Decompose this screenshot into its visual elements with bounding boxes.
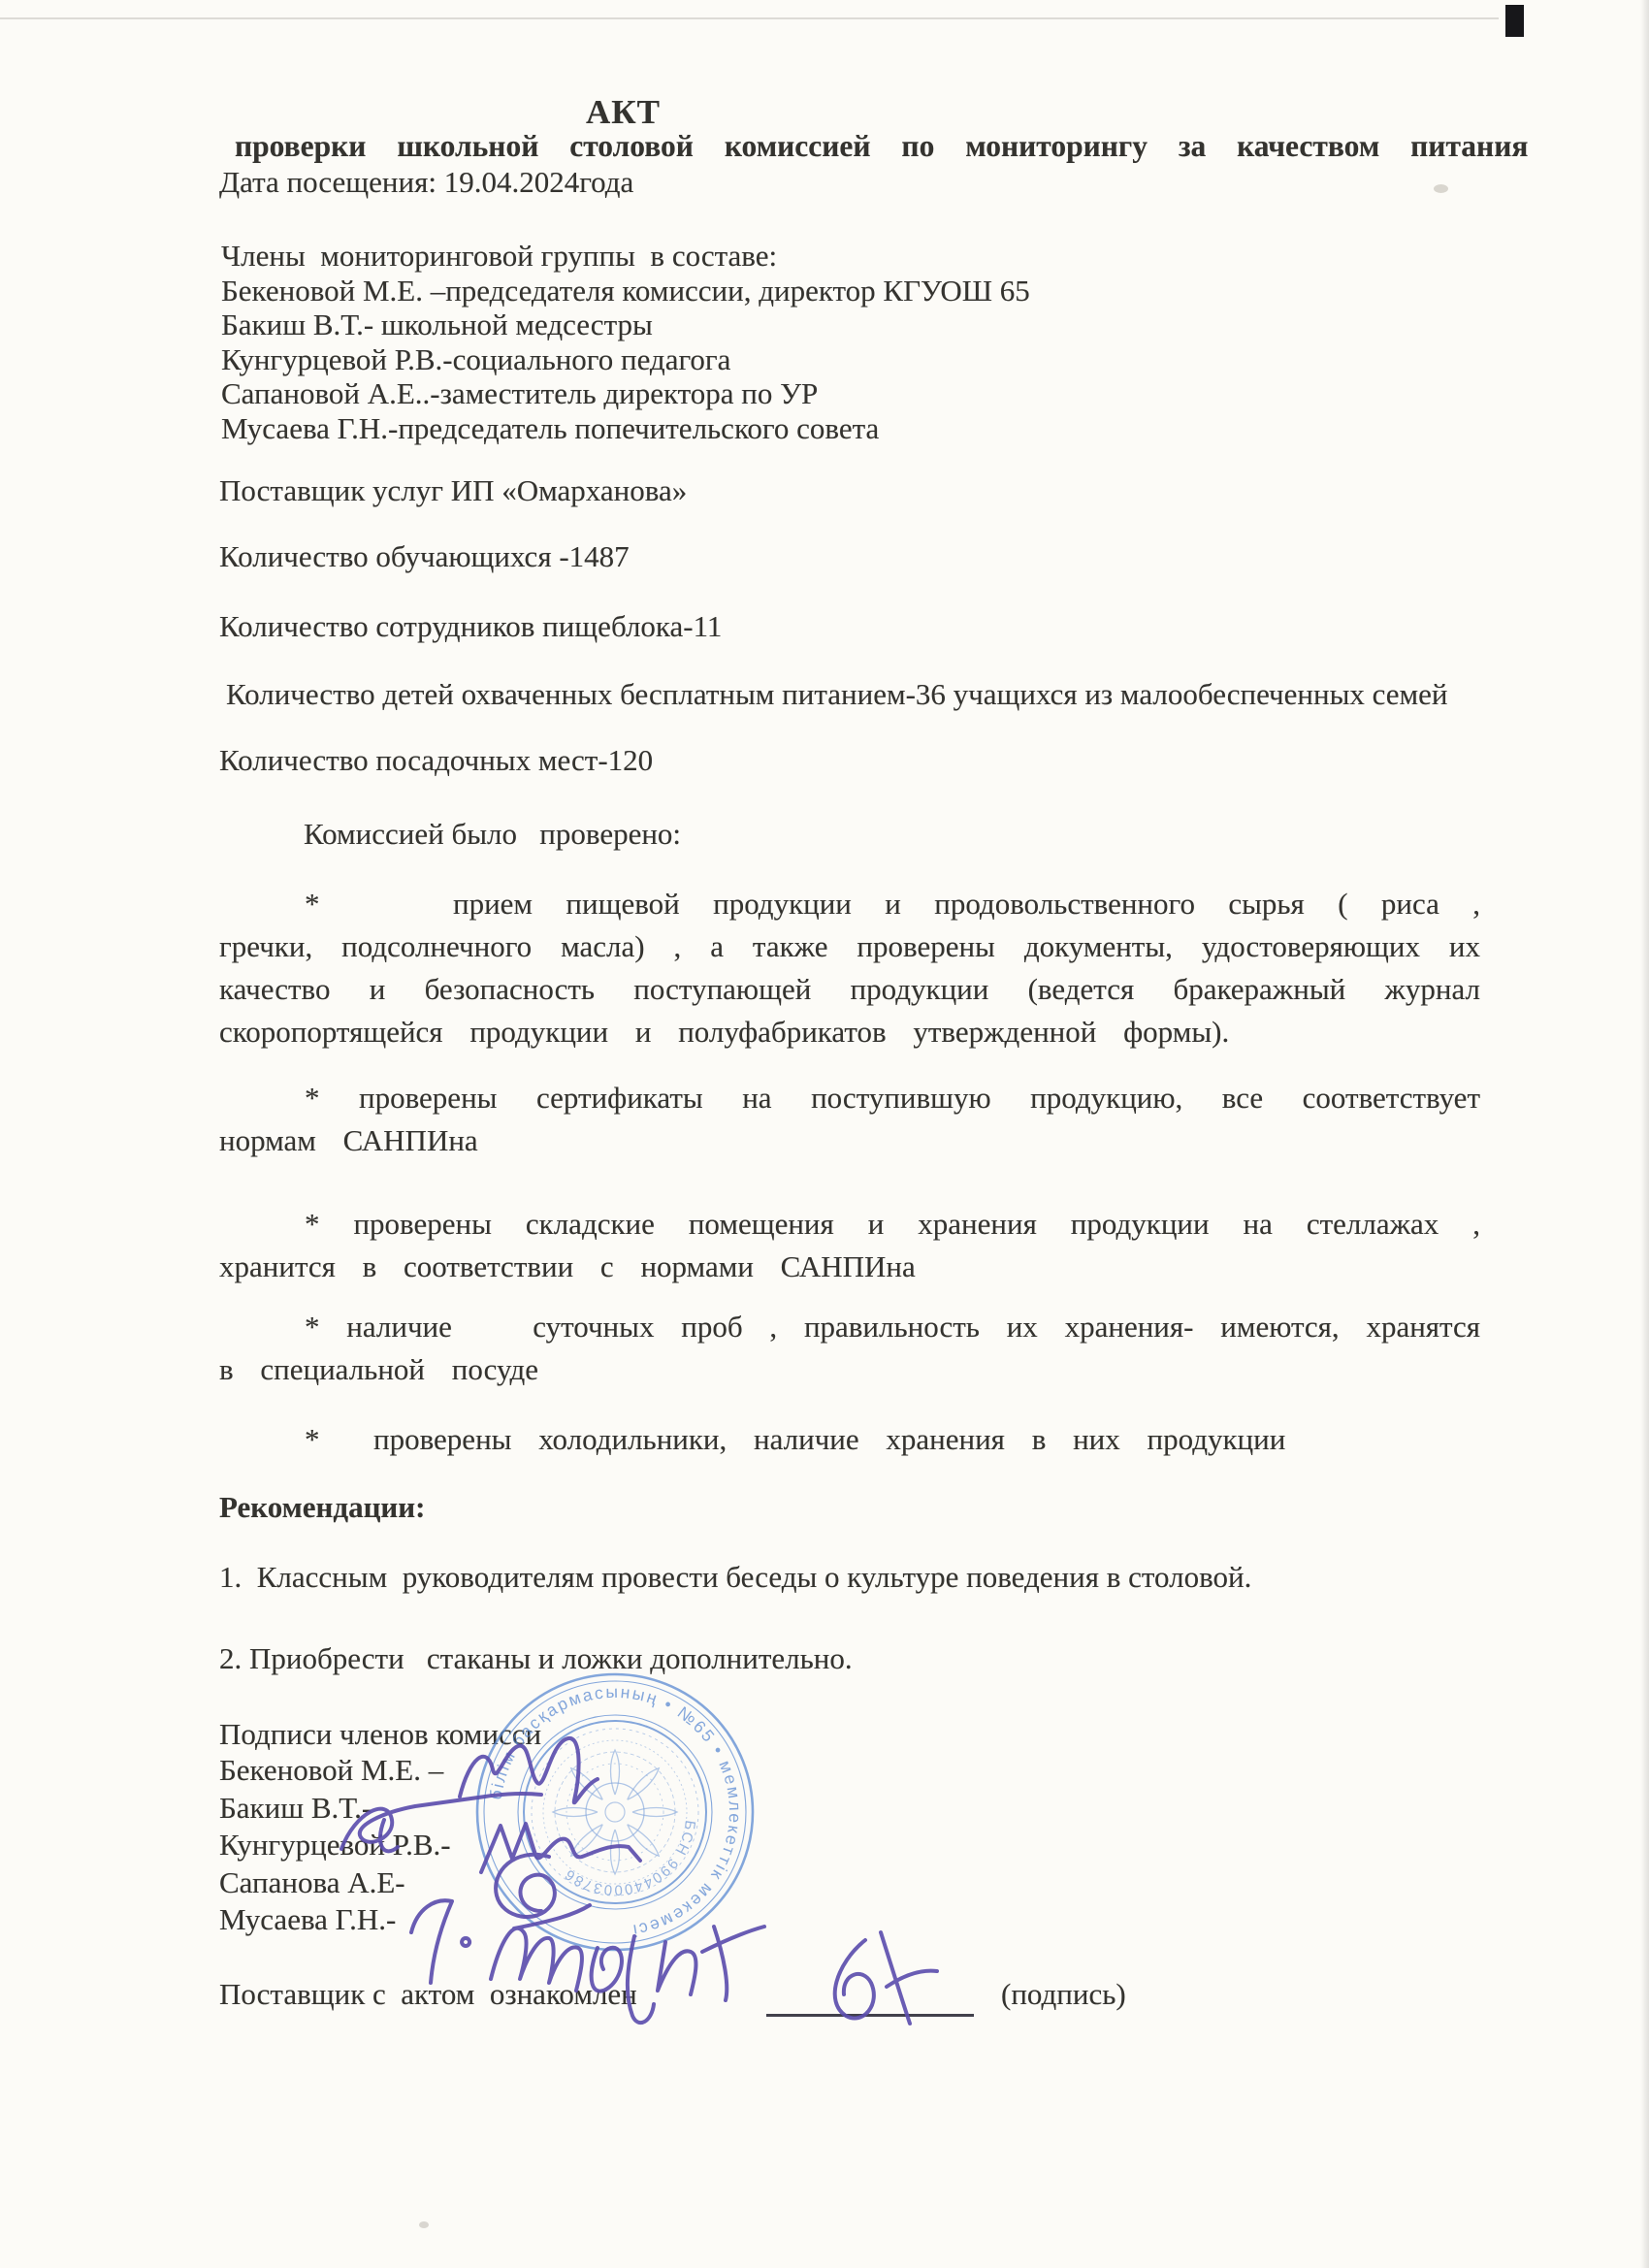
signature-name-lines: Бекеновой М.Е. – Бакиш В.Т.- Кунгурцевой… <box>219 1752 451 1939</box>
signature-kungurtseva <box>481 1824 640 1872</box>
doc-subtitle: проверки школьной столовой комиссией по … <box>235 129 1528 164</box>
fact-students-count: Количество обучающихся -1487 <box>219 539 630 574</box>
member-line: Сапановой А.Е..-заместитель директора по… <box>221 376 1030 411</box>
recommendation-item: 1. Классным руководителям провести бесед… <box>219 1560 1251 1595</box>
checked-item: * проверены складские помещения и хранен… <box>219 1203 1480 1288</box>
ack-signature-underline <box>766 2014 974 2017</box>
scan-artifact-corner-mark <box>1505 5 1524 37</box>
signature-name-line: Бекеновой М.Е. – <box>219 1752 451 1790</box>
checked-item: * проверены холодильники, наличие хранен… <box>219 1418 1480 1461</box>
fact-free-meals-count: Количество детей охваченных бесплатным п… <box>226 677 1448 712</box>
checked-heading: Комиссией было проверено: <box>304 817 681 852</box>
supplier-ack-line: Поставщик с актом ознакомлен <box>219 1977 637 2012</box>
stamp-ornament <box>553 1750 677 1874</box>
signature-name-line: Кунгурцевой Р.В.- <box>219 1827 451 1864</box>
member-line: Кунгурцевой Р.В.-социального педагога <box>221 342 1030 377</box>
member-line: Бакиш В.Т.- школьной медсестры <box>221 308 1030 342</box>
svg-text:БСН 990440003786: БСН 990440003786 <box>561 1819 698 1897</box>
recommendation-item: 2. Приобрести стаканы и ложки дополнител… <box>219 1641 853 1676</box>
stamp-inner-ring-text: БСН 990440003786 <box>561 1819 698 1897</box>
scan-artifact-right-edge <box>1640 0 1649 2268</box>
checked-item: * проверены сертификаты на поступившую п… <box>219 1077 1480 1162</box>
scan-artifact-topline <box>0 17 1499 19</box>
member-line: Мусаева Г.Н.-председатель попечительског… <box>221 411 1030 446</box>
ack-signature-suffix: (подпись) <box>1001 1977 1126 2012</box>
members-block: Члены мониторинговой группы в составе: Б… <box>221 239 1030 445</box>
fact-kitchen-staff-count: Количество сотрудников пищеблока-11 <box>219 609 722 644</box>
fact-supplier: Поставщик услуг ИП «Омарханова» <box>219 473 687 508</box>
official-stamp: білім басқармасының • №65 • мемлекеттік … <box>477 1674 753 1950</box>
signature-name-line: Мусаева Г.Н.- <box>219 1901 451 1939</box>
checked-item: * наличие суточных проб , правильность и… <box>219 1306 1480 1391</box>
visit-date-line: Дата посещения: 19.04.2024года <box>219 165 633 200</box>
signature-name-line: Бакиш В.Т.- <box>219 1790 451 1828</box>
doc-title: АКТ <box>0 93 1246 132</box>
signature-name-line: Сапанова А.Е- <box>219 1864 451 1902</box>
fact-seats-count: Количество посадочных мест-120 <box>219 743 653 778</box>
member-line: Бекеновой М.Е. –председателя комиссии, д… <box>221 274 1030 308</box>
signature-sapanova <box>496 1855 590 1928</box>
scan-artifact-dash <box>1434 184 1448 193</box>
members-heading: Члены мониторинговой группы в составе: <box>221 239 1030 274</box>
scan-artifact-dot <box>419 2221 429 2228</box>
checked-item: * прием пищевой продукции и продовольств… <box>219 883 1480 1053</box>
signature-supplier <box>835 1932 937 2024</box>
recommendations-heading: Рекомендации: <box>219 1490 425 1525</box>
document-page: АКТ проверки школьной столовой комиссией… <box>0 0 1649 2268</box>
signatures-heading: Подписи членов комисси <box>219 1717 541 1752</box>
